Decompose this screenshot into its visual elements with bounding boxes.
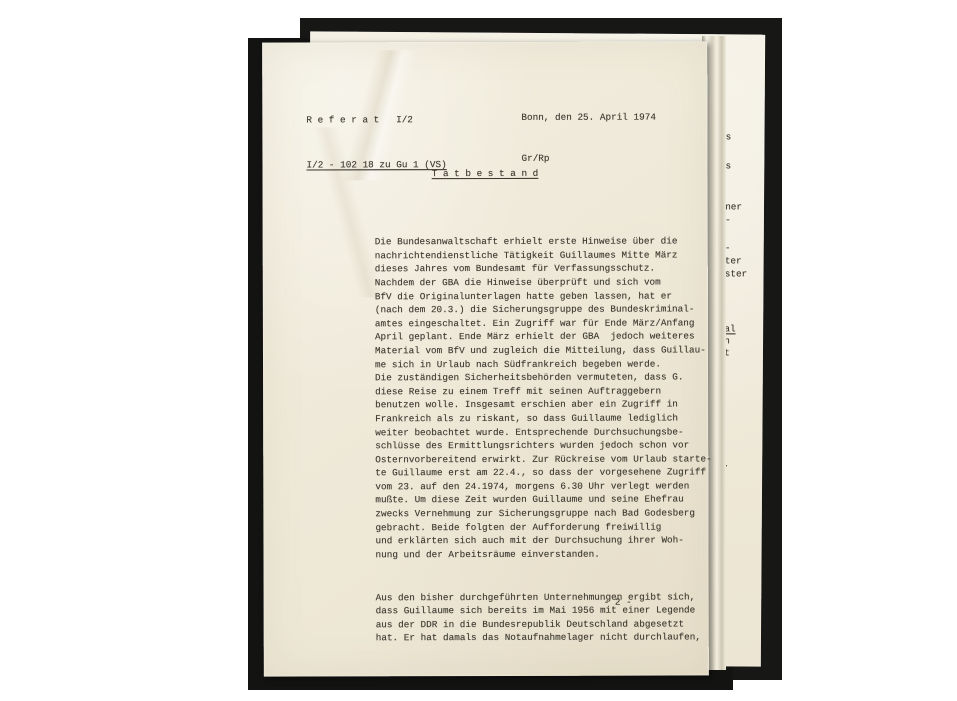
document-title: T a t b e s t a n d bbox=[263, 167, 708, 179]
referat-header: R e f e r a t I/2 I/2 - 102 18 zu Gu 1 (… bbox=[306, 82, 447, 202]
document-page-1: R e f e r a t I/2 I/2 - 102 18 zu Gu 1 (… bbox=[262, 41, 709, 676]
page-number: - 2 - bbox=[604, 597, 632, 608]
referat-line: R e f e r a t I/2 bbox=[306, 112, 446, 127]
author-initials: Gr/Rp bbox=[521, 151, 656, 165]
paragraph-1: Die Bundesanwaltschaft erhielt erste Hin… bbox=[375, 235, 712, 562]
document-body: Die Bundesanwaltschaft erhielt erste Hin… bbox=[375, 207, 713, 672]
scanned-photo: 17b wastauseineren-uf-eiternistereumalte… bbox=[0, 0, 957, 701]
paragraph-2: Aus den bisher durchgeführten Unternehmu… bbox=[376, 590, 713, 645]
place-and-date: Bonn, den 25. April 1974 bbox=[521, 111, 656, 125]
